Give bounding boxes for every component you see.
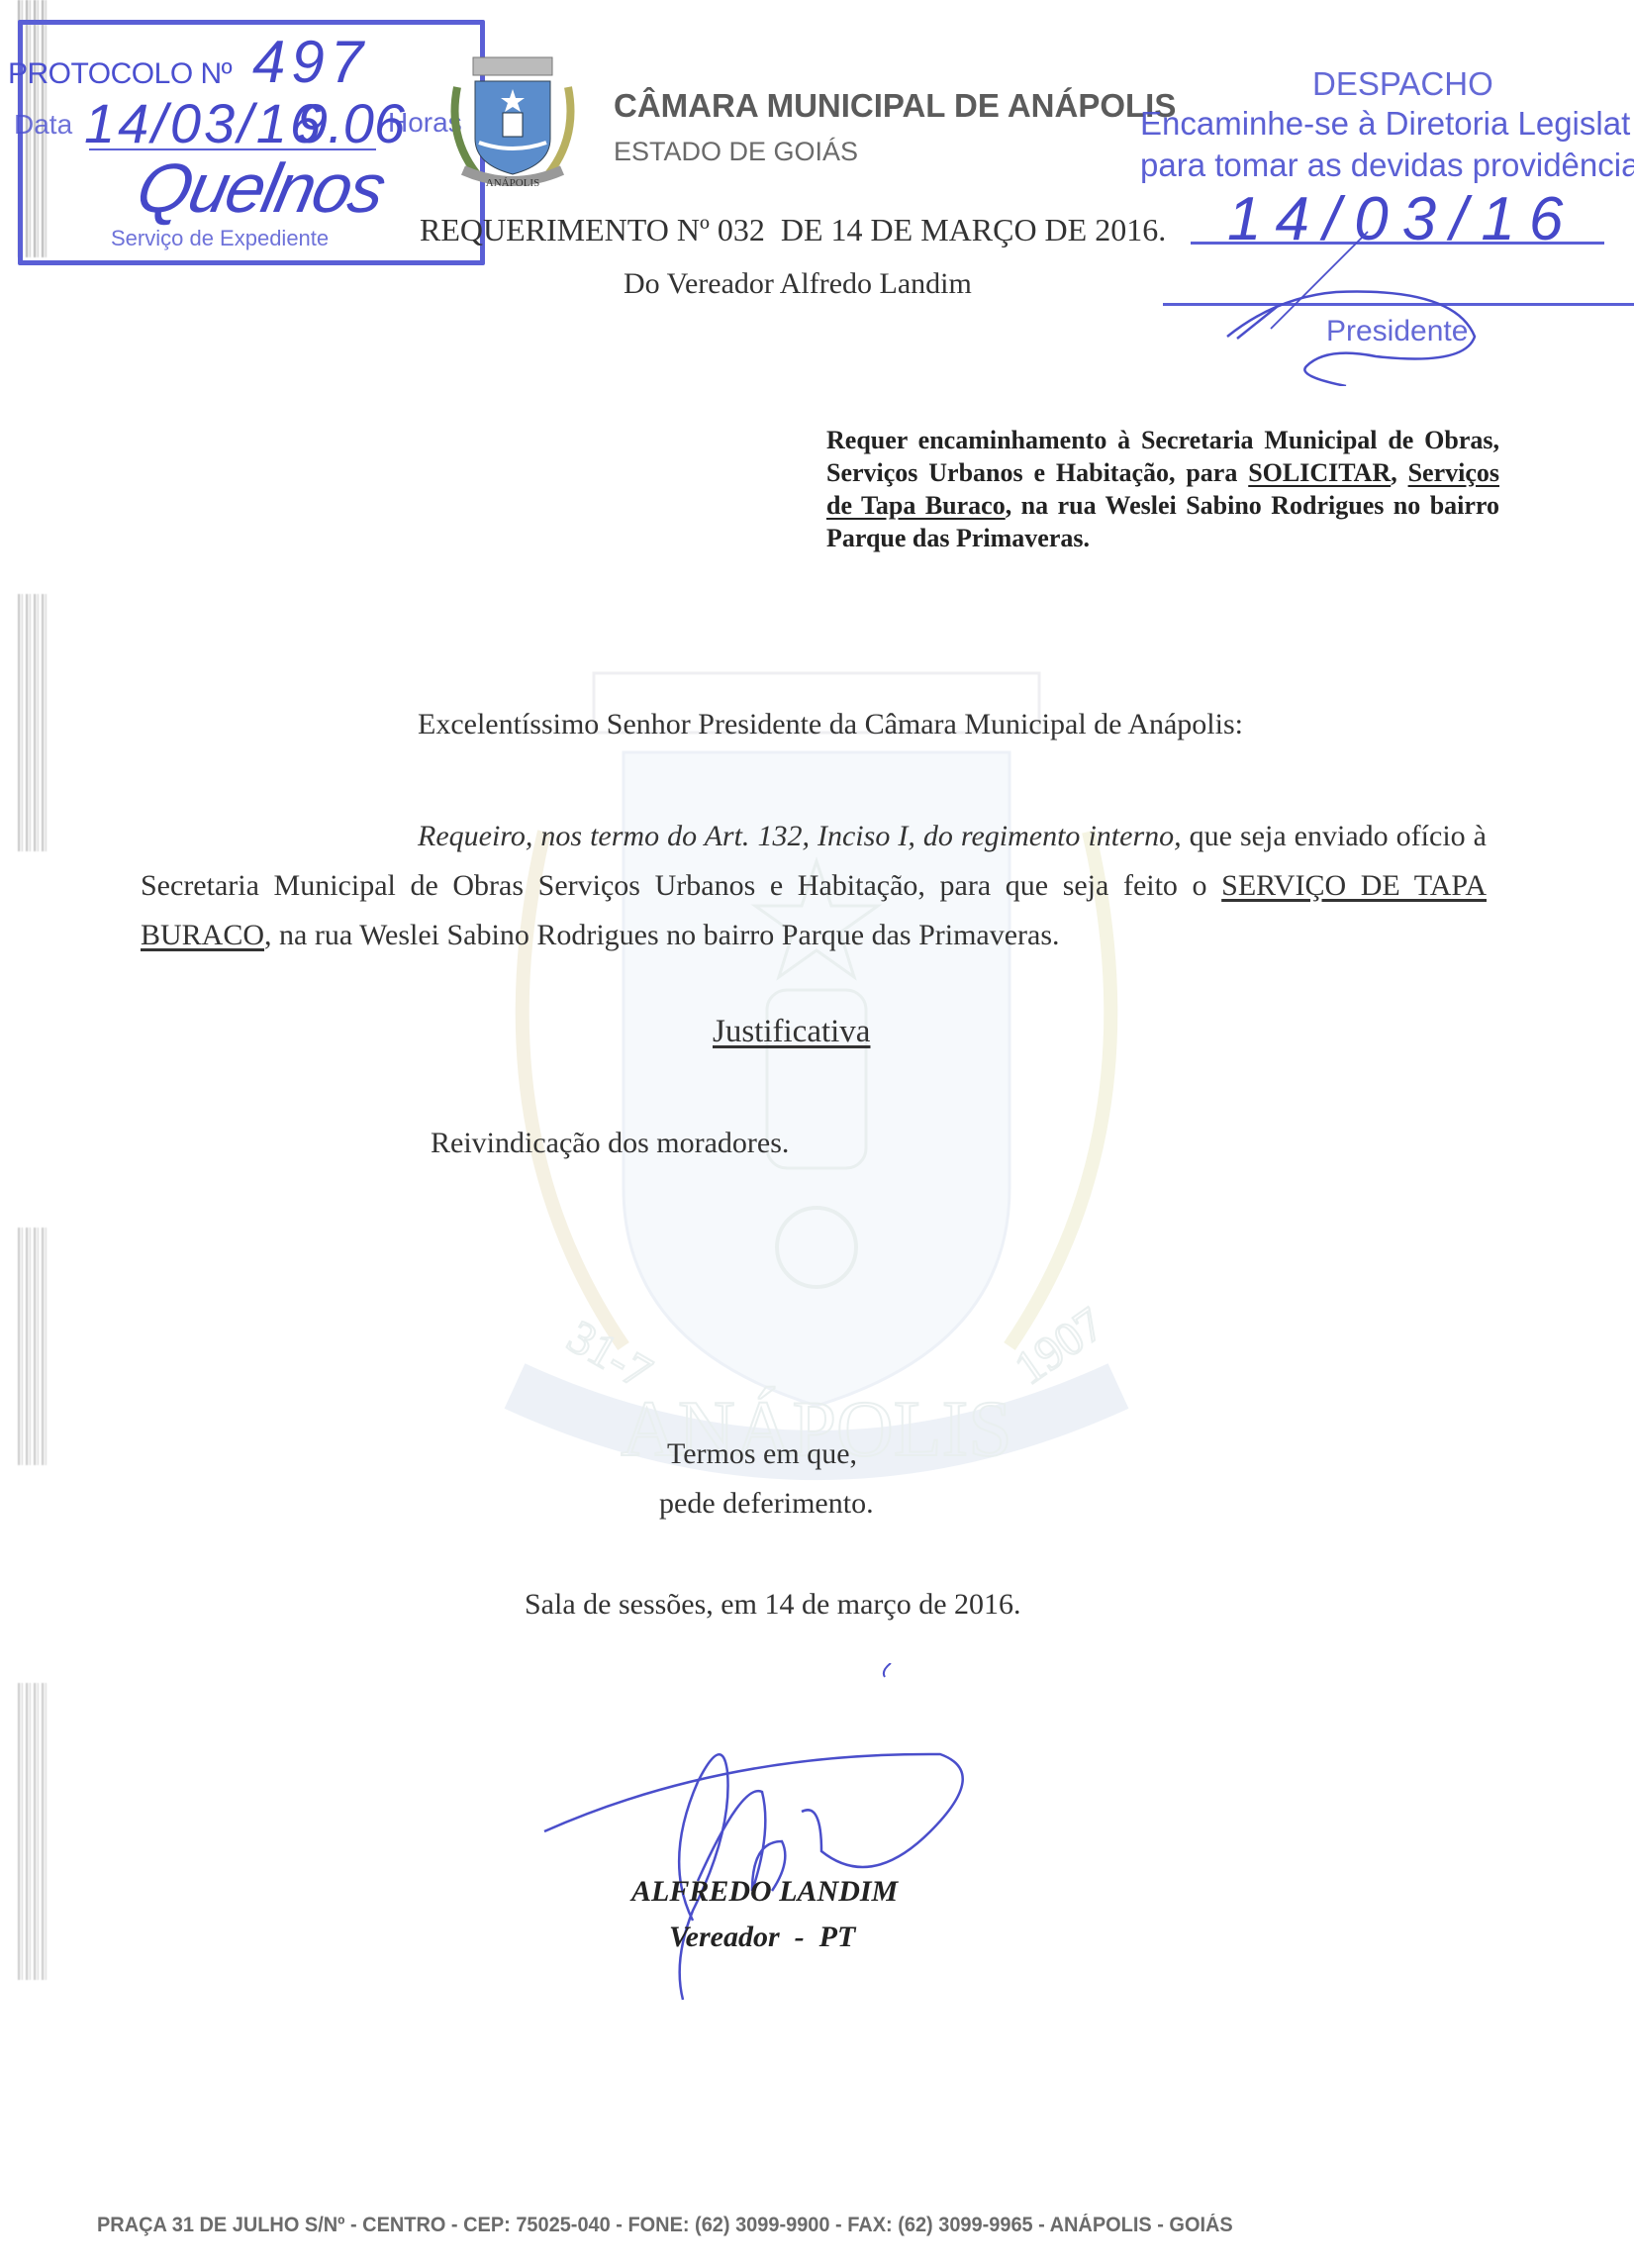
summary-solicitar: SOLICITAR [1248,458,1391,487]
closing-line-1: Termos em que, [667,1437,857,1471]
expediente-label: Serviço de Expediente [111,226,329,251]
date-label: Data [14,109,72,141]
place-date: Sala de sessões, em 14 de março de 2016. [525,1588,1021,1622]
justification-text: Reivindicação dos moradores. [431,1127,789,1160]
body-paragraph: Requeiro, nos termo do Art. 132, Inciso … [141,812,1487,960]
scan-artifact-bottom [18,1683,48,1980]
institution-title: CÂMARA MUNICIPAL DE ANÁPOLIS [614,87,1176,125]
state-subtitle: ESTADO DE GOIÁS [614,137,858,167]
scan-artifact-middle [18,594,48,851]
summary-text-1: Requer encaminhamento à Secretaria Munic… [826,426,1499,487]
svg-text:ANÁPOLIS: ANÁPOLIS [486,177,539,189]
body-text-2: , na rua Weslei Sabino Rodrigues no bair… [264,919,1060,951]
protocol-number: 497 [252,28,369,96]
summary-block: Requer encaminhamento à Secretaria Munic… [826,424,1499,554]
document-title: REQUERIMENTO Nº 032 DE 14 DE MARÇO DE 20… [420,212,1166,248]
footer-address: PRAÇA 31 DE JULHO S/Nº - CENTRO - CEP: 7… [97,2214,1233,2237]
despacho-title: DESPACHO [1312,65,1493,103]
summary-comma: , [1391,458,1397,487]
salutation: Excelentíssimo Senhor Presidente da Câma… [418,708,1243,741]
vereador-signature [525,1663,1039,2020]
scan-artifact-lower [18,1228,48,1465]
president-label: Presidente [1326,315,1468,348]
signer-name: ALFREDO LANDIM [631,1875,898,1909]
protocol-label: PROTOCOLO Nº [8,57,232,90]
protocol-date: 14/03/16 [84,91,324,155]
despacho-line2: para tomar as devidas providência [1140,147,1634,184]
protocol-signature: Quelnos [130,148,391,228]
signer-role: Vereador - PT [669,1921,855,1954]
closing-line-2: pede deferimento. [659,1487,874,1521]
crest-logo: ANÁPOLIS [443,48,582,196]
president-signature [1217,228,1534,386]
crest-watermark: ANÁPOLIS 31-7 1907 [396,634,1237,1525]
author-line: Do Vereador Alfredo Landim [624,267,972,301]
despacho-line1: Encaminhe-se à Diretoria Legislat [1140,105,1630,143]
body-legal-reference: Requeiro, nos termo do Art. 132, Inciso … [418,820,1182,852]
justification-heading: Justificativa [713,1014,870,1050]
